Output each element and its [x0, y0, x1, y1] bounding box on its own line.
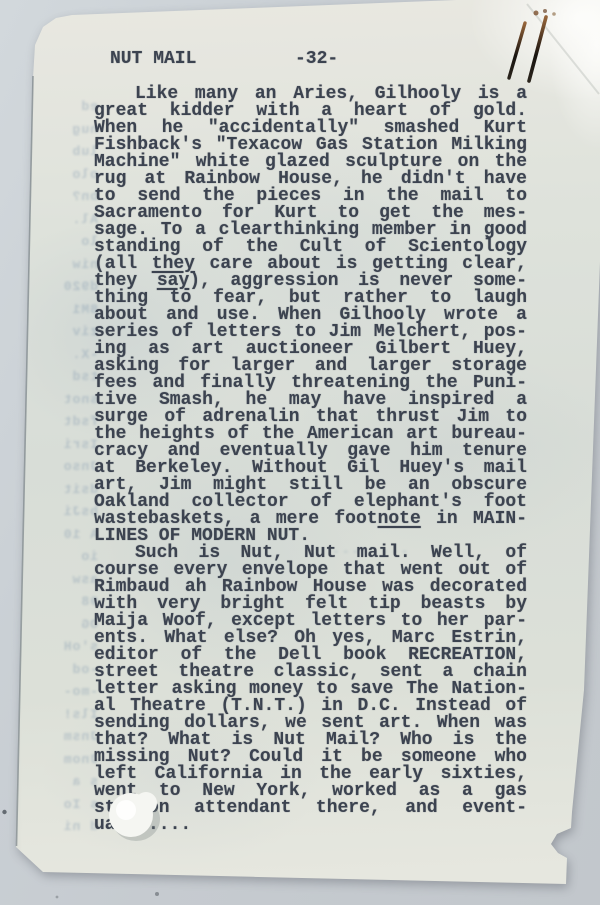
- body-text: Like many an Aries, Gilhooly is agreat k…: [94, 86, 527, 834]
- bleed-line: 8M1: [36, 299, 98, 322]
- bleed-line: Jnom: [36, 749, 98, 772]
- bleed-line: dsit: [36, 479, 98, 502]
- bleed-line: s Io: [36, 794, 98, 817]
- photographed-document: { "document": { "header": { "title": "NU…: [0, 0, 600, 905]
- page-number: -32-: [295, 49, 338, 69]
- bleed-line: bsJi: [36, 501, 98, 524]
- bleed-line: lo: [36, 231, 98, 254]
- bleed-line: snot: [36, 389, 98, 412]
- bleed-line: Al.: [36, 209, 98, 232]
- bleed-line: s'oH: [36, 636, 98, 659]
- underlined-text: note: [378, 509, 421, 529]
- bleed-line: bn?: [36, 186, 98, 209]
- bleed-line: fsdt: [36, 411, 98, 434]
- bleed-line: asw: [36, 569, 98, 592]
- bleed-line: 98: [36, 591, 98, 614]
- bleed-line: -od: [36, 659, 98, 682]
- bleed-line: nug: [36, 119, 98, 142]
- bleed-line: Jnsm: [36, 726, 98, 749]
- bleed-line: -X.: [36, 344, 98, 367]
- bleed-line: niw: [36, 254, 98, 277]
- bleed-line: d920: [36, 276, 98, 299]
- bleed-line: Ils!: [36, 704, 98, 727]
- bleed-line: -mo-: [36, 681, 98, 704]
- bleed-line: ed: [36, 96, 98, 119]
- bleed-line: tsd: [36, 366, 98, 389]
- bleed-line: lub: [36, 141, 98, 164]
- page-header: NUT MAIL -32-: [0, 49, 600, 67]
- paper-sheet-wrap: ednuglubolobn?Al.loniwd9208M1ziv-X.tsdsn…: [0, 0, 600, 905]
- bleed-line: d ni: [36, 816, 98, 838]
- bleed-line: ziv: [36, 321, 98, 344]
- bleed-line: OG: [36, 614, 98, 637]
- bleed-line: Jnso: [36, 456, 98, 479]
- bleed-line: olo: [36, 164, 98, 187]
- text-segment: ually....: [94, 815, 191, 835]
- document-title: NUT MAIL: [110, 49, 196, 69]
- bleed-line: A 10: [36, 524, 98, 547]
- typewritten-page: ednuglubolobn?Al.loniwd9208M1ziv-X.tsdsn…: [0, 0, 600, 905]
- bleedthrough-text: ednuglubolobn?Al.loniwd9208M1ziv-X.tsdsn…: [36, 96, 98, 838]
- bleed-line: s a: [36, 771, 98, 794]
- bleed-line: io: [36, 546, 98, 569]
- bleed-line: Isri: [36, 434, 98, 457]
- text-segment: in MAIN-: [421, 509, 527, 529]
- text-line: ually....: [94, 817, 527, 834]
